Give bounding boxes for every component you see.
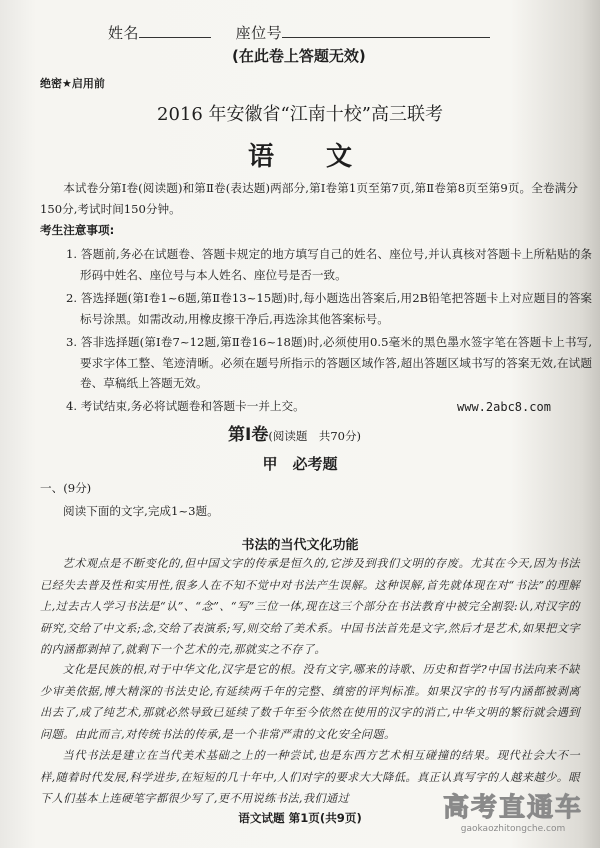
note-item-4: 4. 考试结束,务必将试题卷和答题卡一并上交。 xyxy=(66,396,410,417)
name-seat-row: 姓名 座位号 xyxy=(108,22,490,43)
subject-title: 语 文 xyxy=(0,136,600,173)
article-paragraph-1: 艺术观点是不断变化的,但中国文字的传承是恒久的,它涉及到我们文明的存废。尤其在今… xyxy=(40,553,580,661)
site-logo: 高考直通车 gaokaozhitongche.com xyxy=(438,787,588,834)
note-item-1: 1. 答题前,务必在试题卷、答题卡规定的地方填写自己的姓名、座位号,并认真核对答… xyxy=(66,244,592,285)
logo-domain: gaokaozhitongche.com xyxy=(438,824,588,834)
volume-title: 第Ⅰ卷 xyxy=(228,425,268,445)
note-item-3: 3. 答非选择题(第Ⅰ卷7~12题,第Ⅱ卷16~18题)时,必须使用0.5毫米的… xyxy=(66,332,592,394)
exam-title: 2016 年安徽省“江南十校”高三联考 xyxy=(0,100,600,126)
volume-heading: 第Ⅰ卷(阅读题 共70分) xyxy=(228,420,361,445)
seat-blank xyxy=(282,37,490,38)
answer-invalid-notice: (在此卷上答题无效) xyxy=(232,45,366,66)
exam-intro: 本试卷分第Ⅰ卷(阅读题)和第Ⅱ卷(表达题)两部分,第Ⅰ卷第1页至第7页,第Ⅱ卷第… xyxy=(40,178,578,219)
reading-instruction: 阅读下面的文字,完成1~3题。 xyxy=(63,503,219,519)
logo-text: 高考直通车 xyxy=(438,787,588,824)
part-title: 甲 必考题 xyxy=(0,453,600,474)
notes-heading: 考生注意事项: xyxy=(40,222,114,238)
watermark-url: www.2abc8.com xyxy=(457,400,551,414)
article-title: 书法的当代文化功能 xyxy=(0,534,600,553)
volume-subtitle: (阅读题 共70分) xyxy=(268,429,361,443)
name-label: 姓名 xyxy=(108,24,139,42)
question-group: 一、(9分) xyxy=(40,480,91,496)
name-blank xyxy=(139,37,211,38)
seat-label: 座位号 xyxy=(236,24,283,42)
article-paragraph-2: 文化是民族的根,对于中华文化,汉字是它的根。没有文字,哪来的诗歌、历史和哲学?中… xyxy=(40,659,580,745)
exam-page: 姓名 座位号 (在此卷上答题无效) 绝密★启用前 2016 年安徽省“江南十校”… xyxy=(0,0,600,848)
note-item-2: 2. 答选择题(第Ⅰ卷1~6题,第Ⅱ卷13~15题)时,每小题选出答案后,用2B… xyxy=(66,288,592,329)
secret-mark: 绝密★启用前 xyxy=(40,75,105,91)
